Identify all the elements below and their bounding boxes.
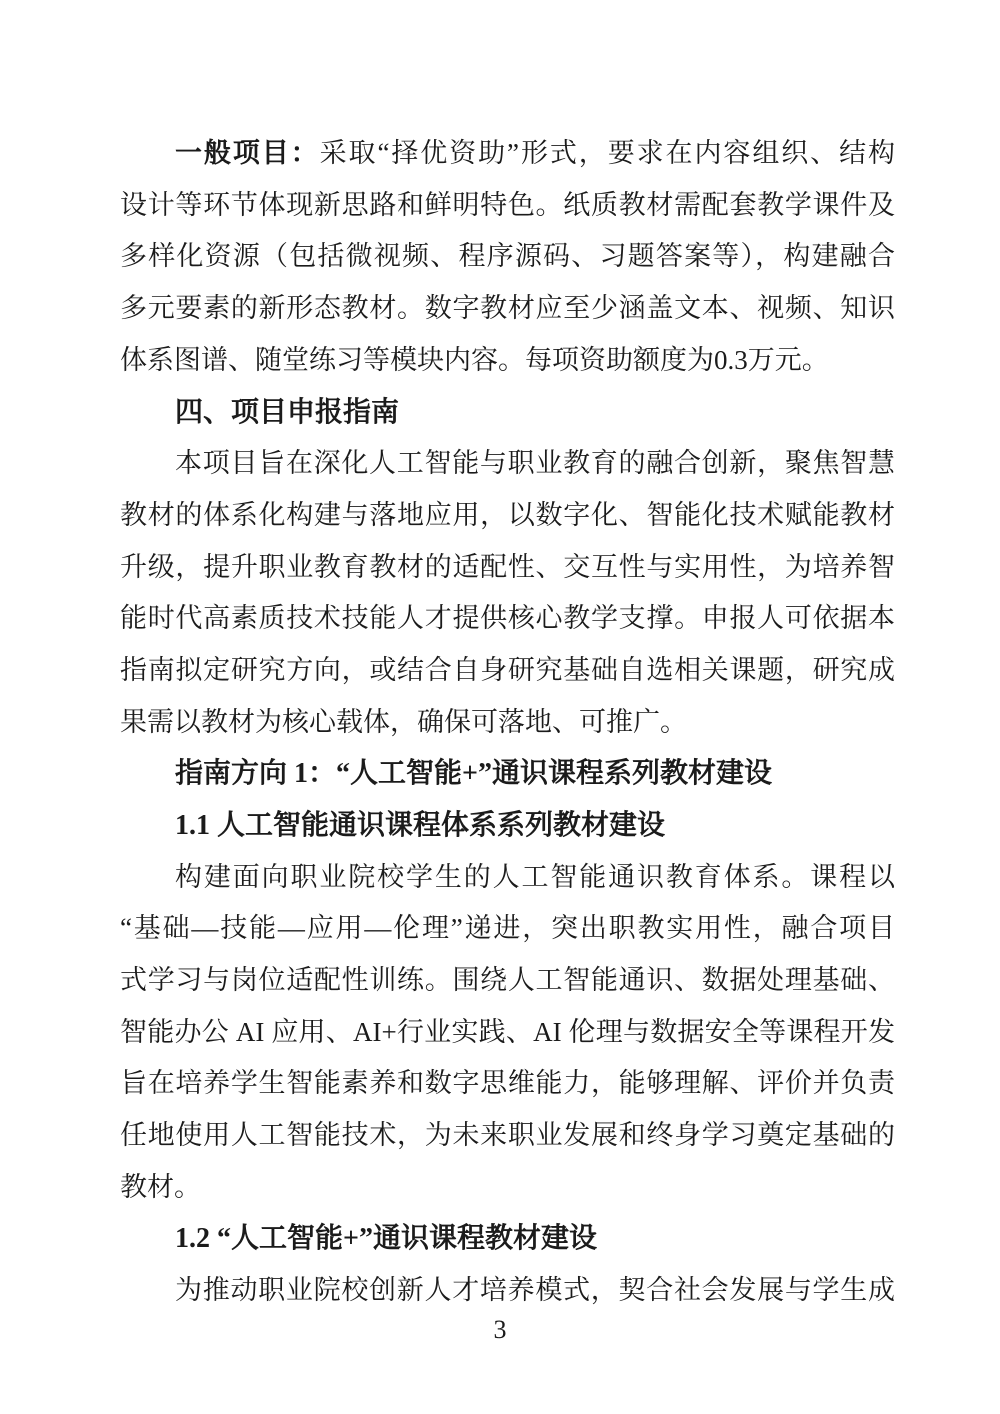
para1-line4: 多元要素的新形态教材。数字教材应至少涵盖文本、视频、知识 [120,283,895,335]
para2-line2: 教材的体系化构建与落地应用，以数字化、智能化技术赋能教材 [120,490,895,542]
document-page: 一般项目：采取“择优资助”形式，要求在内容组织、结构 设计等环节体现新思路和鲜明… [0,0,1000,1414]
para3-line2: “基础—技能—应用—伦理”递进，突出职教实用性，融合项目 [120,903,895,955]
para2-line6: 果需以教材为核心载体，确保可落地、可推广。 [120,697,895,749]
direction1-heading: 指南方向 1：“人工智能+”通识课程系列教材建设 [120,748,895,800]
para1-line1-text: 采取“择优资助”形式，要求在内容组织、结构 [320,138,895,168]
para3-line5: 旨在培养学生智能素养和数字思维能力，能够理解、评价并负责 [120,1058,895,1110]
page-number: 3 [0,1310,1000,1350]
para2-line3: 升级，提升职业教育教材的适配性、交互性与实用性，为培养智 [120,542,895,594]
para3-line6: 任地使用人工智能技术，为未来职业发展和终身学习奠定基础的 [120,1110,895,1162]
para1-line5: 体系图谱、随堂练习等模块内容。每项资助额度为0.3万元。 [120,335,895,387]
sub1-2-heading: 1.2 “人工智能+”通识课程教材建设 [120,1213,895,1265]
section-heading: 四、项目申报指南 [120,386,895,438]
para3-line3: 式学习与岗位适配性训练。围绕人工智能通识、数据处理基础、 [120,955,895,1007]
para2-line4: 能时代高素质技术技能人才提供核心教学支撑。申报人可依据本 [120,593,895,645]
para1-line2: 设计等环节体现新思路和鲜明特色。纸质教材需配套教学课件及 [120,180,895,232]
para3-line1: 构建面向职业院校学生的人工智能通识教育体系。课程以 [120,852,895,904]
para3-line7: 教材。 [120,1162,895,1214]
para2-line1: 本项目旨在深化人工智能与职业教育的融合创新，聚焦智慧 [120,438,895,490]
para1-bold-lead: 一般项目： [175,138,320,168]
para1-line1: 一般项目：采取“择优资助”形式，要求在内容组织、结构 [120,128,895,180]
para2-line5: 指南拟定研究方向，或结合自身研究基础自选相关课题，研究成 [120,645,895,697]
para3-line4: 智能办公 AI 应用、AI+行业实践、AI 伦理与数据安全等课程开发 [120,1007,895,1059]
para1-line3: 多样化资源（包括微视频、程序源码、习题答案等），构建融合 [120,231,895,283]
document-text-block: 一般项目：采取“择优资助”形式，要求在内容组织、结构 设计等环节体现新思路和鲜明… [120,128,895,1317]
sub1-1-heading: 1.1 人工智能通识课程体系系列教材建设 [120,800,895,852]
